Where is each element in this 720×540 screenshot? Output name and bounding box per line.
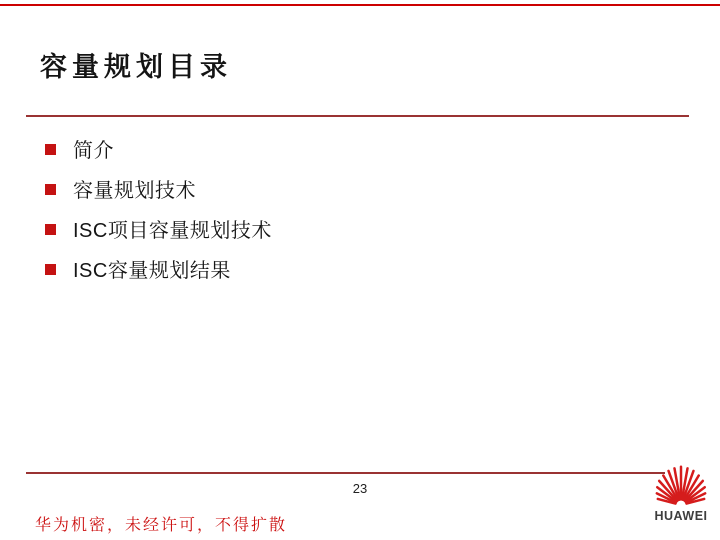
- bullet-square-icon: [45, 264, 56, 275]
- bullet-square-icon: [45, 184, 56, 195]
- bottom-rule-divider: [26, 472, 665, 474]
- list-item: 简介: [45, 128, 272, 168]
- list-item: ISC容量规划结果: [45, 248, 272, 288]
- bullet-square-icon: [45, 144, 56, 155]
- huawei-fan-icon: [652, 462, 710, 508]
- huawei-logo: HUAWEI: [649, 462, 713, 523]
- page-title: 容量规划目录: [40, 45, 232, 84]
- title-rule-divider: [26, 115, 689, 117]
- huawei-wordmark: HUAWEI: [649, 509, 713, 523]
- list-item: ISC项目容量规划技术: [45, 208, 272, 248]
- confidential-footer-notice: 华为机密，未经许可，不得扩散: [35, 512, 287, 535]
- page-number: 23: [0, 481, 720, 496]
- slide: 容量规划目录 简介 容量规划技术 ISC项目容量规划技术 ISC容量规划结果 2…: [0, 0, 720, 540]
- list-item: 容量规划技术: [45, 168, 272, 208]
- list-item-label: ISC项目容量规划技术: [73, 214, 272, 243]
- list-item-label: 简介: [73, 134, 114, 163]
- toc-bullet-list: 简介 容量规划技术 ISC项目容量规划技术 ISC容量规划结果: [45, 128, 272, 288]
- list-item-label: 容量规划技术: [73, 174, 196, 203]
- top-accent-line: [0, 4, 720, 6]
- bullet-square-icon: [45, 224, 56, 235]
- list-item-label: ISC容量规划结果: [73, 254, 231, 283]
